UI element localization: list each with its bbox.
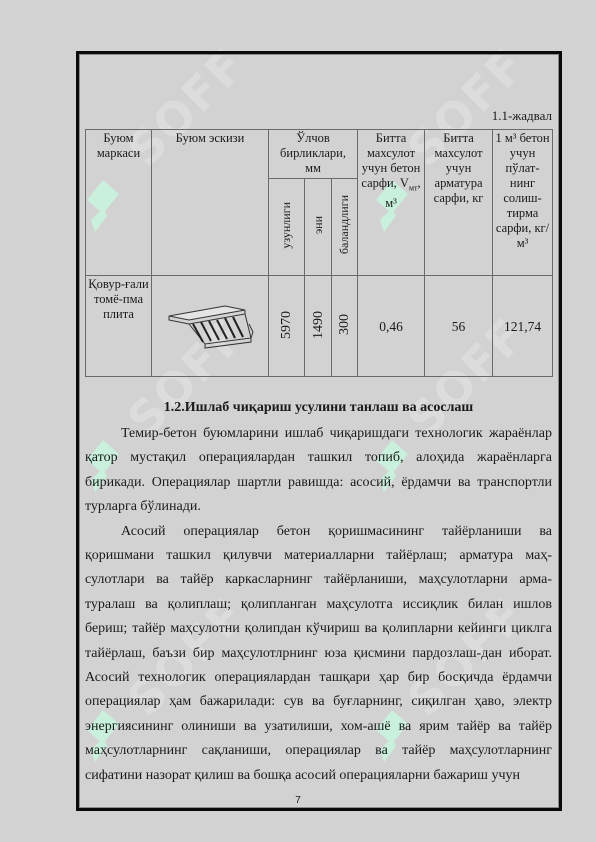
section-title: 1.2.Ишлаб чиқариш усулини танлаш ва асос… — [85, 400, 552, 416]
body-text: Темир-бетон буюмларини ишлаб чиқаришдаги… — [85, 422, 552, 788]
header-dimensions: Ўлчов бирликлари, мм — [269, 130, 358, 179]
header-length: узунлиги — [269, 179, 305, 276]
cell-height: 300 — [332, 276, 358, 377]
cell-length: 5970 — [269, 276, 305, 377]
cell-sketch — [152, 276, 269, 377]
paragraph: Темир-бетон буюмларини ишлаб чиқаришдаги… — [85, 422, 552, 520]
header-steel: 1 м³ бетон учун пўлат-нинг солиш-тирма с… — [493, 130, 553, 276]
table-row: Қовур-ғали томё-пма плита 5970 1490 300 — [86, 276, 553, 377]
ribbed-slab-sketch-icon — [165, 302, 255, 350]
header-concrete: Битта махсулот учун бетон сарфи, Vмт, м³ — [358, 130, 425, 276]
header-mark: Буюм маркаси — [86, 130, 152, 276]
cell-concrete: 0,46 — [358, 276, 425, 377]
header-width: эни — [305, 179, 332, 276]
header-sketch: Буюм эскизи — [152, 130, 269, 276]
header-height: баландлиги — [332, 179, 358, 276]
table-caption: 1.1-жадвал — [492, 108, 552, 124]
paragraph: Асосий операциялар бетон қоришмасининг т… — [85, 520, 552, 788]
cell-width: 1490 — [305, 276, 332, 377]
product-spec-table: Буюм маркаси Буюм эскизи Ўлчов бирликлар… — [85, 129, 553, 377]
cell-mark: Қовур-ғали томё-пма плита — [86, 276, 152, 377]
page-number: 7 — [0, 795, 596, 806]
cell-rebar: 56 — [425, 276, 493, 377]
header-rebar: Битта махсулот учун арматура сарфи, кг — [425, 130, 493, 276]
cell-steel: 121,74 — [493, 276, 553, 377]
